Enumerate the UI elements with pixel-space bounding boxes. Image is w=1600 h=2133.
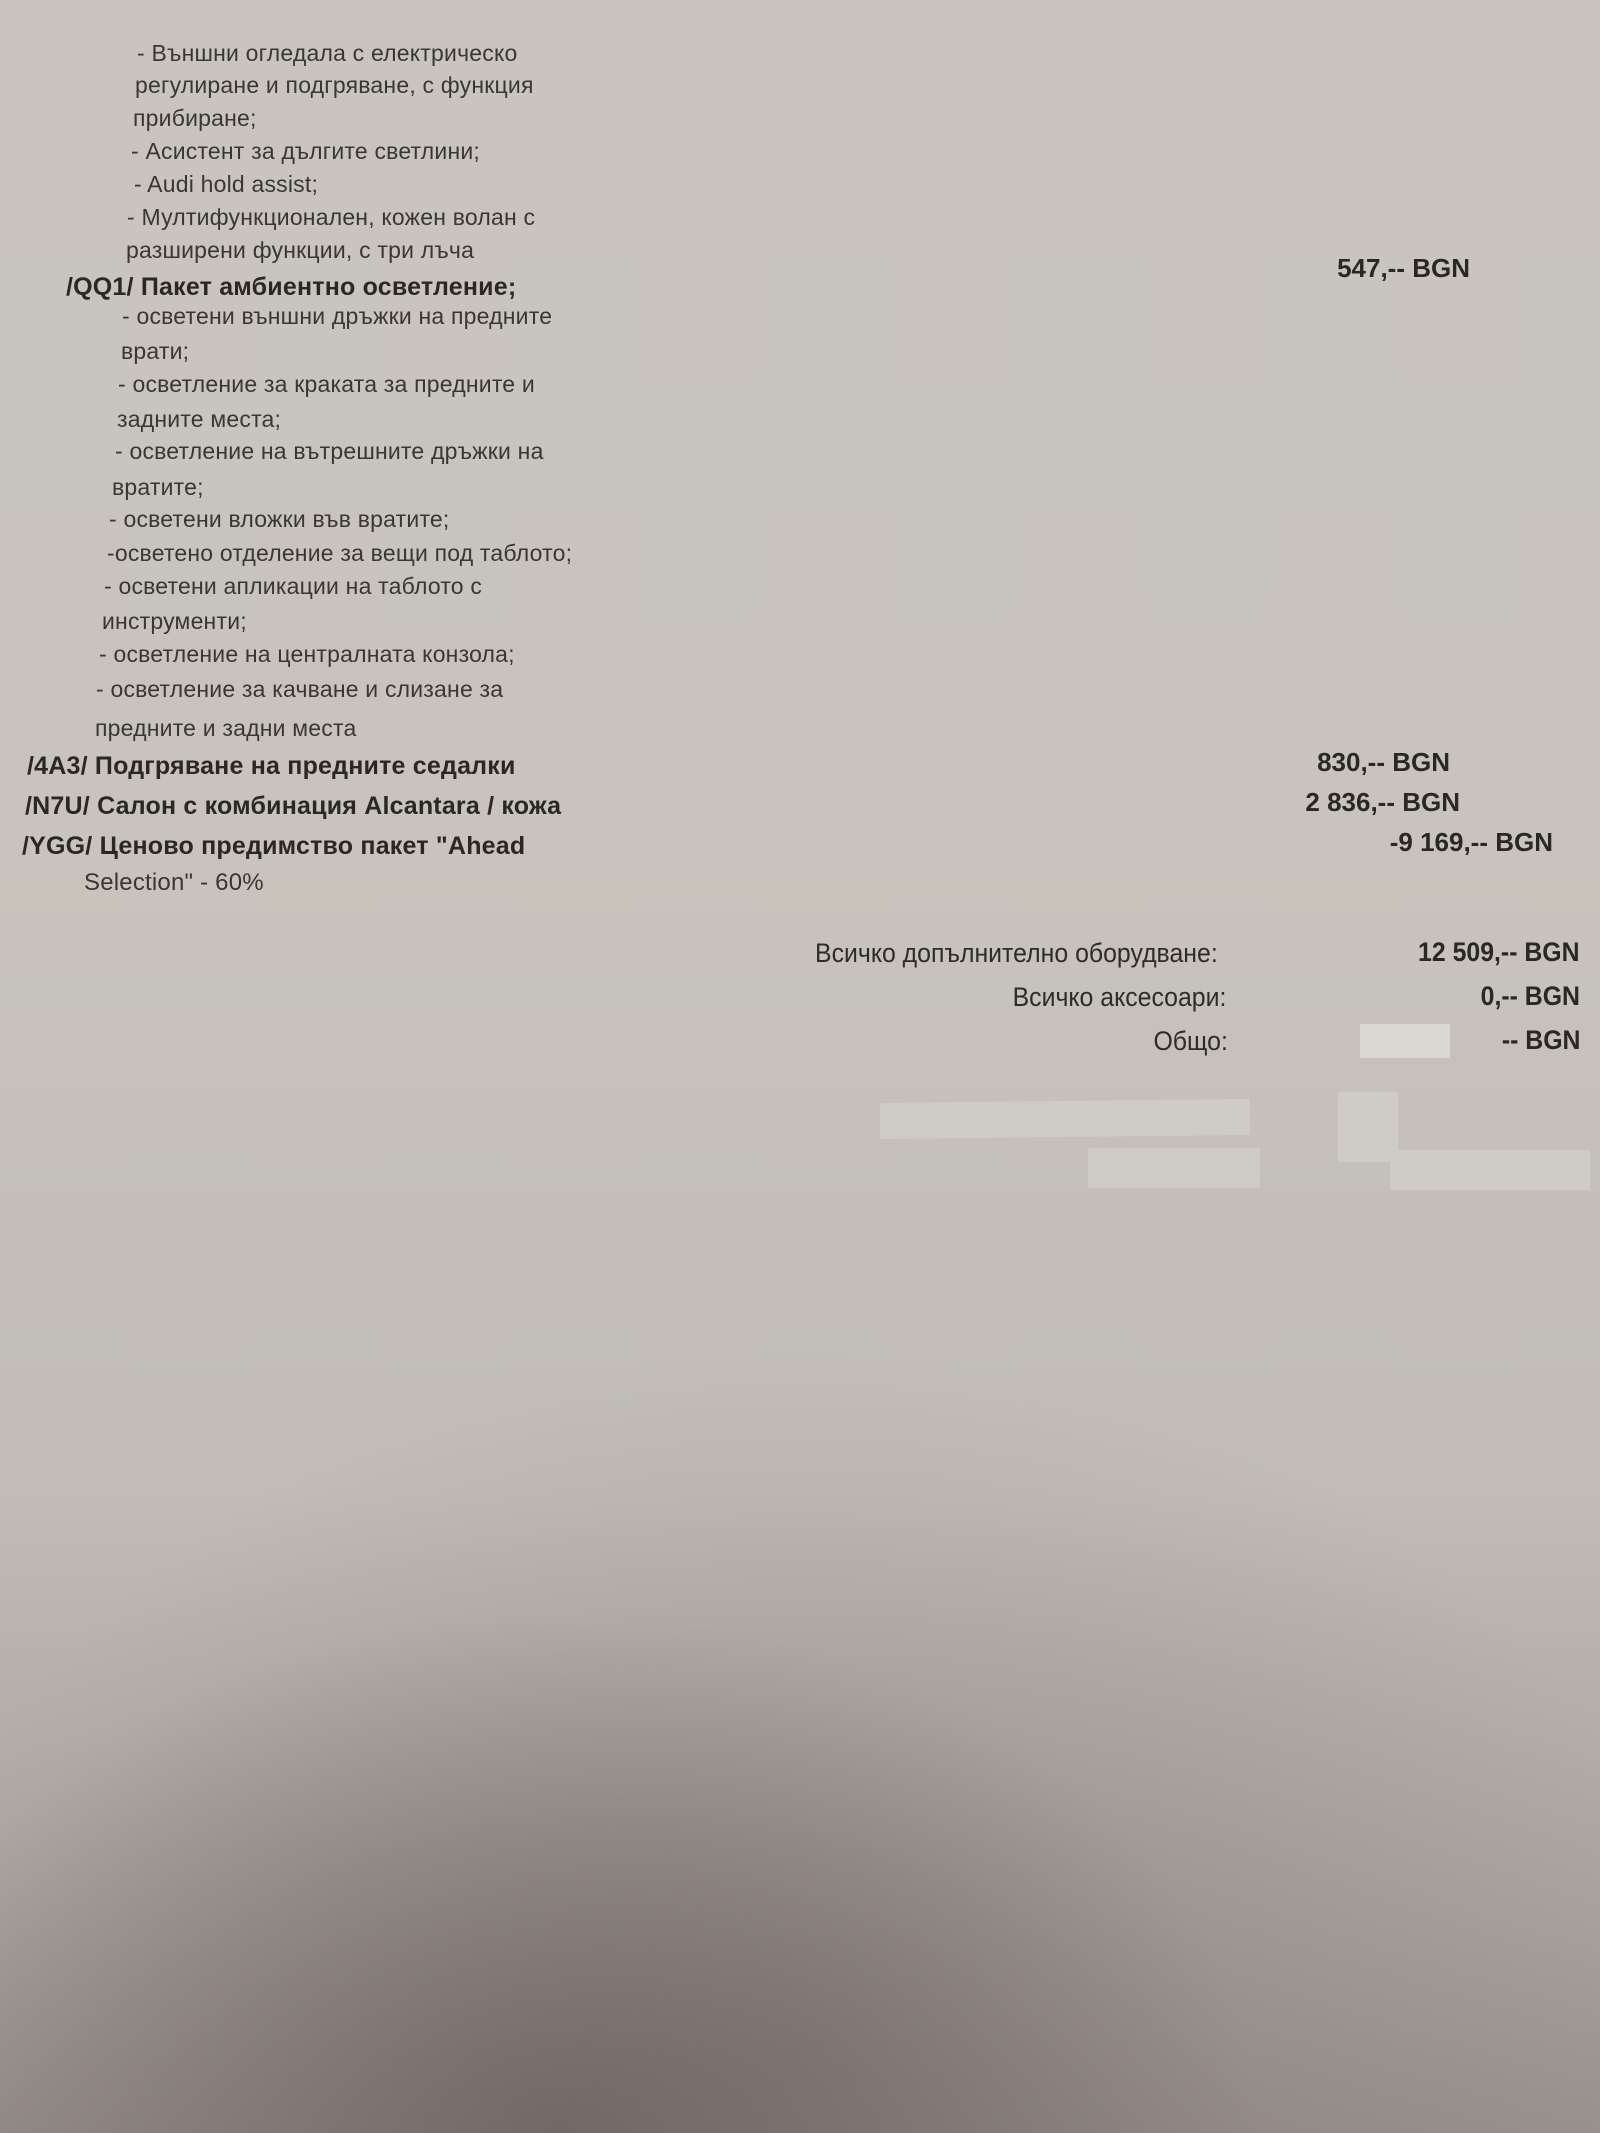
option-ygg-title: /YGG/ Ценово предимство пакет "Ahead	[22, 832, 525, 861]
option-n7u-title: /N7U/ Салон с комбинация Alcantara / кож…	[25, 792, 561, 821]
redacted-area	[1338, 1092, 1398, 1162]
feature-line: прибиране;	[133, 105, 257, 132]
total-accessories-label: Всичко аксесоари:	[1012, 982, 1226, 1013]
option-name: Ценово предимство пакет "Ahead	[100, 832, 526, 860]
option-code: /QQ1/	[66, 273, 134, 301]
feature-line: - Външни огледала с електрическо	[137, 40, 517, 67]
option-name: Подгряване на предните седалки	[95, 752, 516, 780]
feature-line: регулиране и подгряване, с функция	[135, 72, 534, 99]
feature-line: - Асистент за дългите светлини;	[131, 138, 480, 165]
option-ygg-price: -9 169,-- BGN	[1390, 827, 1553, 858]
feature-line: вратите;	[112, 474, 204, 501]
option-qq1-title: /QQ1/ Пакет амбиентно осветление;	[66, 273, 516, 302]
option-qq1-price: 547,-- BGN	[1337, 253, 1470, 284]
feature-line: предните и задни места	[95, 715, 356, 742]
option-code: /4A3/	[27, 752, 88, 780]
feature-line: задните места;	[117, 406, 281, 433]
option-name: Пакет амбиентно осветление;	[141, 273, 517, 301]
redacted-area	[880, 1099, 1250, 1139]
option-n7u-price: 2 836,-- BGN	[1305, 787, 1460, 818]
feature-line: - осветени външни дръжки на предните	[122, 303, 552, 330]
total-accessories-value: 0,-- BGN	[1481, 981, 1580, 1012]
feature-line: - осветени апликации на таблото с	[104, 573, 482, 600]
feature-line: - осветени вложки във вратите;	[109, 506, 450, 533]
feature-line: - осветление за качване и слизане за	[96, 676, 503, 703]
feature-line: разширени функции, с три лъча	[126, 237, 474, 264]
option-4a3-title: /4A3/ Подгряване на предните седалки	[27, 752, 516, 781]
total-equipment-label: Всичко допълнително оборудване:	[815, 938, 1218, 969]
option-code: /N7U/	[25, 792, 90, 820]
grand-total-value: -- BGN	[1501, 1025, 1580, 1056]
option-ygg-title-continued: Selection" - 60%	[84, 869, 264, 897]
feature-line: -осветено отделение за вещи под таблото;	[107, 540, 572, 567]
redacted-area	[1390, 1150, 1590, 1190]
option-code: /YGG/	[22, 832, 92, 860]
feature-line: - осветление за краката за предните и	[118, 371, 535, 398]
total-equipment-value: 12 509,-- BGN	[1418, 937, 1580, 968]
redacted-area	[1088, 1148, 1260, 1188]
grand-total-label: Общо:	[1154, 1026, 1228, 1057]
feature-line: врати;	[121, 338, 189, 365]
option-4a3-price: 830,-- BGN	[1317, 747, 1450, 778]
option-name: Салон с комбинация Alcantara / кожа	[97, 792, 561, 820]
feature-line: - осветление на централната конзола;	[99, 641, 515, 668]
redacted-total-amount	[1360, 1024, 1450, 1058]
feature-line: - Мултифункционален, кожен волан с	[127, 204, 535, 231]
feature-line: - осветление на вътрешните дръжки на	[115, 438, 544, 465]
feature-line: - Audi hold assist;	[134, 171, 318, 198]
feature-line: инструменти;	[102, 608, 247, 635]
